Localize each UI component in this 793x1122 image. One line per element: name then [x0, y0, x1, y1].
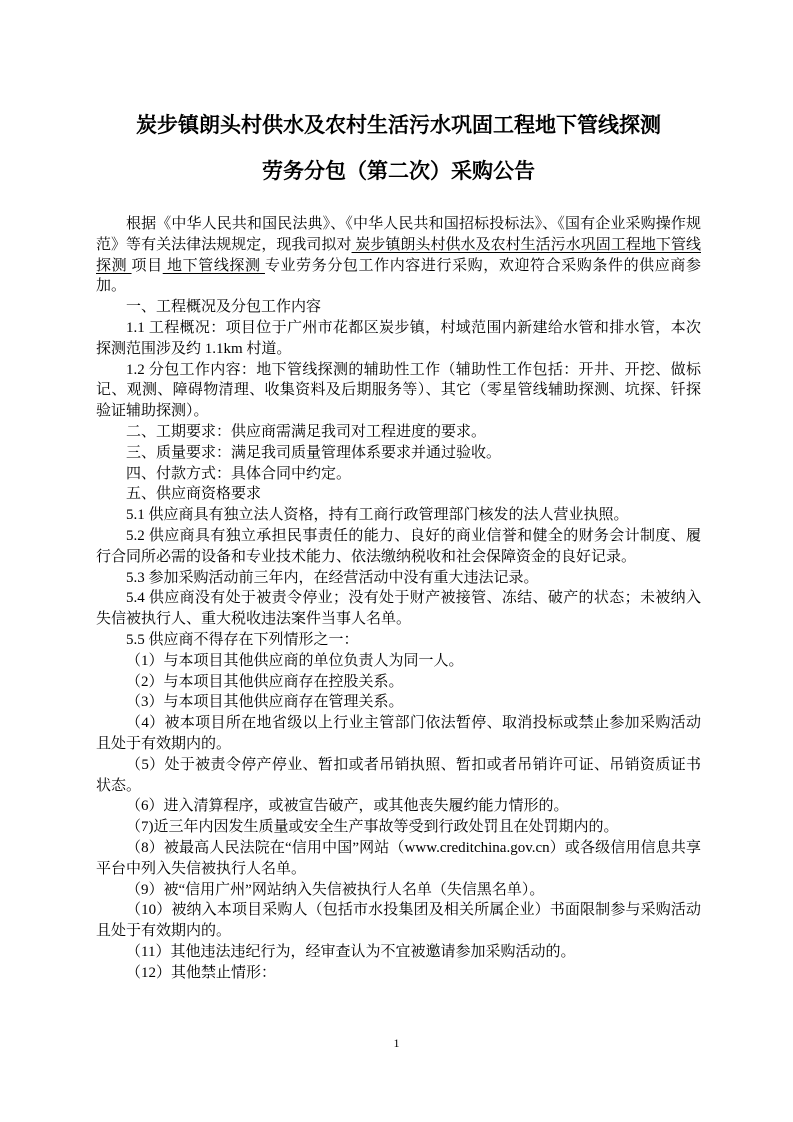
intro-paragraph: 根据《中华人民共和国民法典》、《中华人民共和国招标投标法》、《国有企业采购操作规… — [96, 214, 701, 297]
clause-5-3: 5.3 参加采购活动前三年内，在经营活动中没有重大违法记录。 — [96, 568, 701, 589]
item-4: （4）被本项目所在地省级以上行业主管部门依法暂停、取消投标或禁止参加采购活动且处… — [96, 713, 701, 755]
item-7: （7)近三年内因发生质量或安全生产事故等受到行政处罚且在处罚期内的。 — [96, 817, 701, 838]
item-2: （2）与本项目其他供应商存在控股关系。 — [96, 672, 701, 693]
document-body: 根据《中华人民共和国民法典》、《中华人民共和国招标投标法》、《国有企业采购操作规… — [96, 214, 701, 983]
item-10: （10）被纳入本项目采购人（包括市水投集团及相关所属企业）书面限制参与采购活动且… — [96, 900, 701, 942]
section-heading-payment: 四、付款方式：具体合同中约定。 — [96, 464, 701, 485]
clause-5-5: 5.5 供应商不得存在下列情形之一： — [96, 630, 701, 651]
item-1: （1）与本项目其他供应商的单位负责人为同一人。 — [96, 651, 701, 672]
document-title: 炭步镇朗头村供水及农村生活污水巩固工程地下管线探测 劳务分包（第二次）采购公告 — [96, 102, 701, 194]
clause-1-1: 1.1 工程概况：项目位于广州市花都区炭步镇，村域范围内新建给水管和排水管，本次… — [96, 318, 701, 360]
document-title-line1: 炭步镇朗头村供水及农村生活污水巩固工程地下管线探测 — [96, 102, 701, 148]
section-heading-qualification: 五、供应商资格要求 — [96, 484, 701, 505]
work-content-underlined: 地下管线探测 — [163, 258, 265, 274]
item-5: （5）处于被责令停产停业、暂扣或者吊销执照、暂扣或者吊销许可证、吊销资质证书状态… — [96, 755, 701, 797]
clause-5-4: 5.4 供应商没有处于被责令停业；没有处于财产被接管、冻结、破产的状态；未被纳入… — [96, 588, 701, 630]
document-title-line2: 劳务分包（第二次）采购公告 — [96, 148, 701, 194]
section-heading-quality: 三、质量要求：满足我司质量管理体系要求并通过验收。 — [96, 443, 701, 464]
item-11: （11）其他违法违纪行为，经审查认为不宜被邀请参加采购活动的。 — [96, 942, 701, 963]
section-heading-schedule: 二、工期要求：供应商需满足我司对工程进度的要求。 — [96, 422, 701, 443]
item-12: （12）其他禁止情形： — [96, 963, 701, 984]
section-heading-overview: 一、工程概况及分包工作内容 — [96, 297, 701, 318]
clause-1-2: 1.2 分包工作内容：地下管线探测的辅助性工作（辅助性工作包括：开井、开挖、做标… — [96, 360, 701, 422]
clause-5-1: 5.1 供应商具有独立法人资格，持有工商行政管理部门核发的法人营业执照。 — [96, 505, 701, 526]
item-3: （3）与本项目其他供应商存在管理关系。 — [96, 692, 701, 713]
intro-mid-text: 项目 — [132, 258, 163, 274]
page-number: 1 — [0, 1036, 793, 1051]
item-9: （9）被“信用广州”网站纳入失信被执行人名单（失信黑名单）。 — [96, 880, 701, 901]
clause-5-2: 5.2 供应商具有独立承担民事责任的能力、良好的商业信誉和健全的财务会计制度、履… — [96, 526, 701, 568]
document-page: 炭步镇朗头村供水及农村生活污水巩固工程地下管线探测 劳务分包（第二次）采购公告 … — [0, 0, 793, 1122]
item-6: （6）进入清算程序，或被宣告破产，或其他丧失履约能力情形的。 — [96, 796, 701, 817]
item-8: （8）被最高人民法院在“信用中国”网站（www.creditchina.gov.… — [96, 838, 701, 880]
